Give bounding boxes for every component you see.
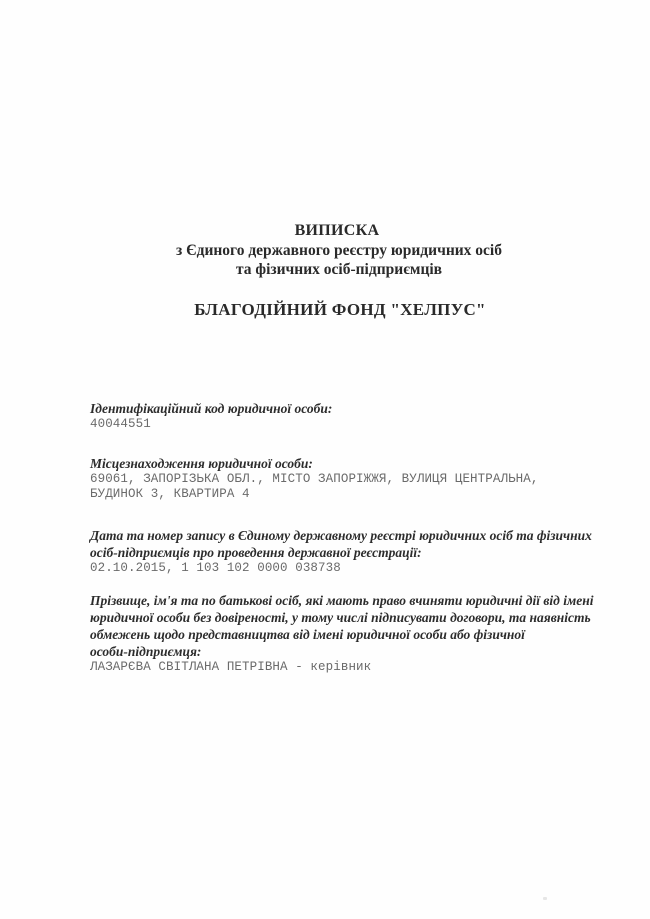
field-identification-code: Ідентифікаційний код юридичної особи: 40… (90, 400, 610, 432)
field-value: 69061, ЗАПОРІЗЬКА ОБЛ., МІСТО ЗАПОРІЖЖЯ,… (90, 472, 610, 502)
document-subtitle-line2: та фізичних осіб-підприємців (14, 261, 650, 279)
field-registration-record: Дата та номер запису в Єдиному державном… (90, 527, 610, 576)
paper-speck (543, 897, 547, 900)
document-subtitle-line1: з Єдиного державного реєстру юридичних о… (14, 242, 650, 260)
field-label: Місцезнаходження юридичної особи: (90, 455, 610, 472)
field-value: ЛАЗАРЄВА СВІТЛАНА ПЕТРІВНА - керівник (90, 660, 610, 675)
field-label: Ідентифікаційний код юридичної особи: (90, 400, 610, 417)
organization-name: БЛАГОДІЙНИЙ ФОНД "ХЕЛПУС" (15, 300, 650, 320)
document-title: ВИПИСКА (12, 222, 650, 240)
field-authorized-persons: Прізвище, ім'я та по батькові осіб, які … (90, 592, 610, 675)
document-page: ВИПИСКА з Єдиного державного реєстру юри… (0, 0, 650, 919)
field-label: Прізвище, ім'я та по батькові осіб, які … (90, 592, 610, 660)
field-label: Дата та номер запису в Єдиному державном… (90, 527, 610, 561)
field-value: 40044551 (90, 417, 610, 432)
field-location: Місцезнаходження юридичної особи: 69061,… (90, 455, 610, 502)
field-value: 02.10.2015, 1 103 102 0000 038738 (90, 561, 610, 576)
